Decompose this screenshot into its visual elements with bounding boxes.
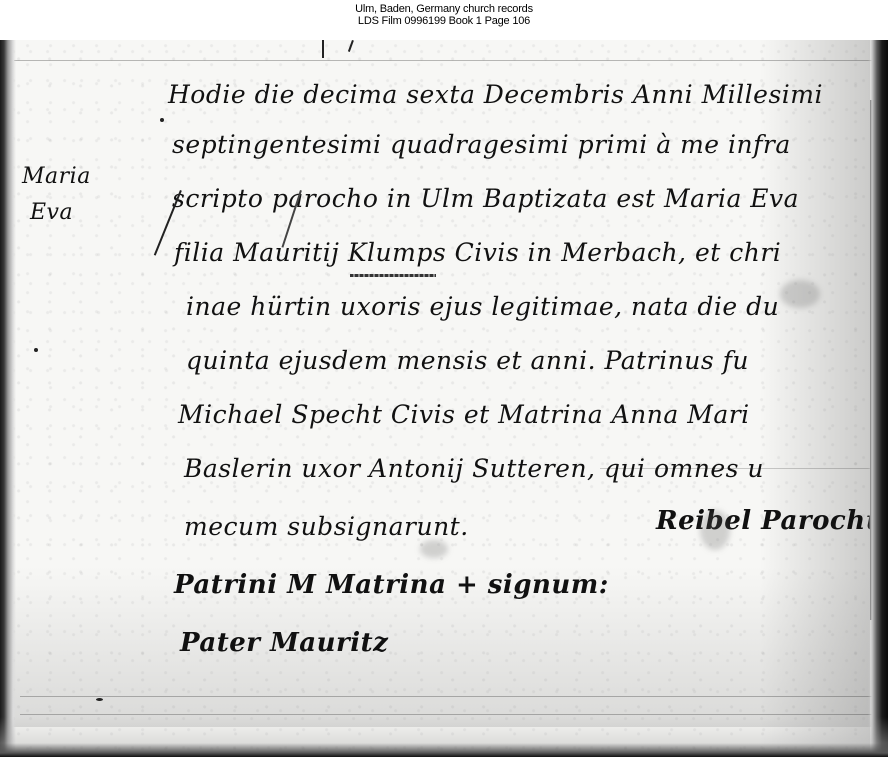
record-line-7: Michael Specht Civis et Matrina Anna Mar…: [178, 400, 750, 429]
ink-dot: [34, 348, 38, 352]
ruled-line: [20, 696, 880, 697]
record-line-4: filia Mauritij Klumps Civis in Merbach, …: [174, 238, 781, 267]
ink-dot: [96, 698, 103, 701]
ink-dot: [160, 118, 164, 122]
record-line-5: inae hürtin uxoris ejus legitimae, nata …: [186, 292, 779, 321]
record-line-9: mecum subsignarunt.: [184, 512, 469, 541]
record-line-8: Baslerin uxor Antonij Sutteren, qui omne…: [184, 454, 764, 483]
ink-smudge: [700, 510, 730, 550]
pen-stroke: [322, 40, 324, 58]
father-signature-line: Pater Mauritz: [180, 628, 388, 658]
header-source: LDS Film 0996199 Book 1 Page 106: [0, 15, 888, 27]
pen-stroke: [348, 40, 354, 52]
name-underline: [350, 274, 436, 277]
left-binding-shadow: [0, 40, 16, 757]
record-line-1: Hodie die decima sexta Decembris Anni Mi…: [168, 80, 823, 109]
sponsor-marks-line: Patrini M Matrina + signum:: [174, 570, 609, 600]
margin-name-second: Eva: [30, 200, 73, 225]
record-line-6: quinta ejusdem mensis et anni. Patrinus …: [186, 346, 749, 375]
header-title: Ulm, Baden, Germany church records: [0, 3, 888, 15]
record-line-2: septingentesimi quadragesimi primi à me …: [172, 130, 791, 159]
ink-smudge: [420, 540, 448, 558]
ink-smudge: [780, 280, 820, 308]
priest-signature: Reibel Parochus: [656, 506, 888, 536]
scanned-record-page: Maria Eva Hodie die decima sexta Decembr…: [0, 40, 888, 757]
bottom-page-shadow: [0, 717, 888, 757]
right-binding-shadow: [868, 40, 888, 757]
document-header: Ulm, Baden, Germany church records LDS F…: [0, 0, 888, 36]
margin-name-first: Maria: [22, 164, 91, 189]
ruled-line: [14, 60, 874, 61]
ruled-line: [20, 714, 880, 715]
record-line-3: scripto parocho in Ulm Baptizata est Mar…: [172, 184, 799, 213]
